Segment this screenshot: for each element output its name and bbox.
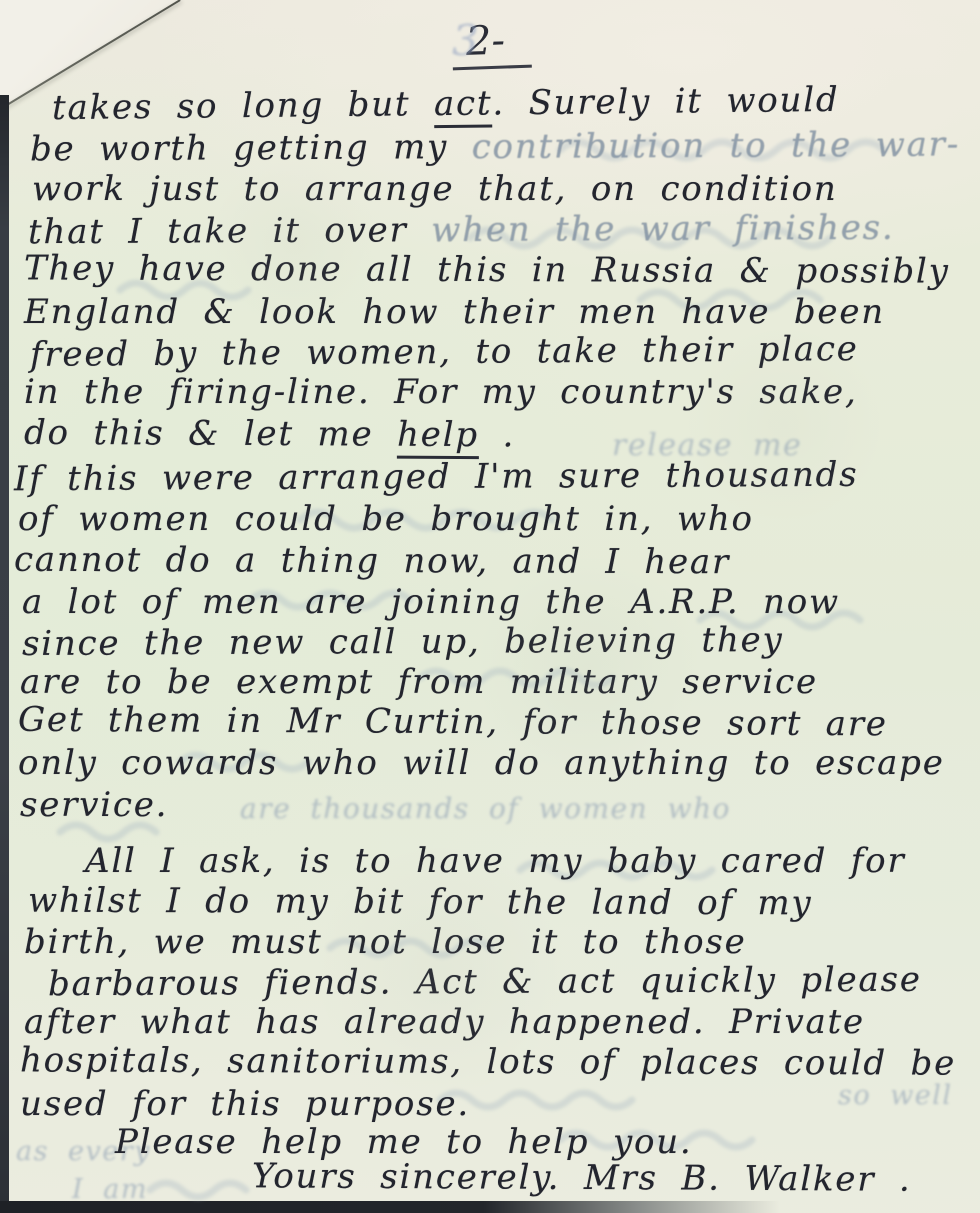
letter-text: cannot do a thing now, and I hear xyxy=(14,540,730,582)
letter-line: All I ask, is to have my baby cared for xyxy=(85,841,906,881)
letter-text: of women could be brought in, who xyxy=(18,499,754,539)
letter-text: work just to arrange that, on condition xyxy=(32,169,838,209)
letter-line: hospitals, sanitoriums, lots of places c… xyxy=(20,1040,956,1083)
letter-line: Please help me to help you. xyxy=(115,1122,693,1162)
letter-text: Please help me to help you. xyxy=(115,1122,693,1162)
letter-text: birth, we must not lose it to those xyxy=(24,922,747,962)
letter-text: takes so long but xyxy=(52,84,434,128)
letter-text: when the war finishes. xyxy=(431,208,895,250)
letter-text: They have done all this in Russia & poss… xyxy=(24,248,950,291)
bleed-through-text: so well xyxy=(838,1080,953,1111)
letter-line: used for this purpose. xyxy=(20,1084,470,1124)
letter-text: England & look how their men have been xyxy=(24,292,885,332)
bleed-through-text: are thousands of women who xyxy=(240,792,731,825)
letter-text: . xyxy=(479,415,515,455)
letter-line: Get them in Mr Curtin, for those sort ar… xyxy=(18,700,888,745)
letter-line: be worth getting my contribution to the … xyxy=(30,125,960,170)
letter-line: in the firing-line. For my country's sak… xyxy=(24,372,858,412)
bleed-through-text: 3 xyxy=(452,16,480,65)
letter-line: work just to arrange that, on condition xyxy=(32,169,838,209)
letter-text: Yours sincerely. Mrs B. Walker . xyxy=(252,1156,912,1199)
underlined-word: help xyxy=(397,415,479,459)
letter-line: service. xyxy=(20,785,168,825)
letter-text: barbarous fiends. Act & act quickly plea… xyxy=(48,960,922,1005)
letter-text: All I ask, is to have my baby cared for xyxy=(85,841,906,881)
bleed-through-text: I am xyxy=(72,1174,148,1205)
letter-line: They have done all this in Russia & poss… xyxy=(24,248,950,291)
letter-text: after what has already happened. Private xyxy=(24,1002,865,1042)
letter-text: Get them in Mr Curtin, for those sort ar… xyxy=(18,700,888,745)
letter-line: of women could be brought in, who xyxy=(18,499,754,539)
letter-line: takes so long but act. Surely it would xyxy=(52,80,840,128)
letter-line: after what has already happened. Private xyxy=(24,1002,865,1042)
letter-line: are to be exempt from military service xyxy=(20,662,818,702)
letter-line: that I take it over when the war finishe… xyxy=(28,208,895,253)
letter-line: If this were arranged I'm sure thousands xyxy=(14,455,859,499)
letter-scan-page: 2- 3release meare thousands of women who… xyxy=(0,0,980,1213)
letter-text: be worth getting my xyxy=(30,127,472,169)
letter-text: . Surely it would xyxy=(492,80,840,124)
letter-text: hospitals, sanitoriums, lots of places c… xyxy=(20,1040,956,1083)
letter-text: used for this purpose. xyxy=(20,1084,470,1124)
letter-text: do this & let me xyxy=(24,413,397,455)
letter-text: service. xyxy=(20,785,168,825)
letter-line: only cowards who will do anything to esc… xyxy=(18,743,945,783)
scan-edge-left xyxy=(0,95,9,1213)
letter-line: birth, we must not lose it to those xyxy=(24,922,747,962)
letter-text: whilst I do my bit for the land of my xyxy=(28,881,813,924)
letter-line: Yours sincerely. Mrs B. Walker . xyxy=(252,1156,912,1199)
letter-line: since the new call up, believing they xyxy=(22,620,784,664)
letter-text: a lot of men are joining the A.R.P. now xyxy=(22,582,840,622)
letter-line: barbarous fiends. Act & act quickly plea… xyxy=(48,960,922,1005)
letter-line: freed by the women, to take their place xyxy=(30,329,859,375)
letter-text: in the firing-line. For my country's sak… xyxy=(24,372,858,412)
letter-line: England & look how their men have been xyxy=(24,292,885,332)
letter-text: are to be exempt from military service xyxy=(20,662,818,702)
letter-line: do this & let me help . xyxy=(24,413,515,456)
letter-text: contribution to the war- xyxy=(472,125,961,168)
letter-line: cannot do a thing now, and I hear xyxy=(14,540,730,582)
letter-line: a lot of men are joining the A.R.P. now xyxy=(22,582,840,622)
letter-text: that I take it over xyxy=(28,210,431,252)
letter-text: only cowards who will do anything to esc… xyxy=(18,743,945,783)
letter-line: whilst I do my bit for the land of my xyxy=(28,881,813,924)
letter-text: freed by the women, to take their place xyxy=(30,329,859,375)
letter-text: If this were arranged I'm sure thousands xyxy=(14,455,859,499)
underlined-word: act xyxy=(434,84,493,129)
letter-text: since the new call up, believing they xyxy=(22,620,784,664)
